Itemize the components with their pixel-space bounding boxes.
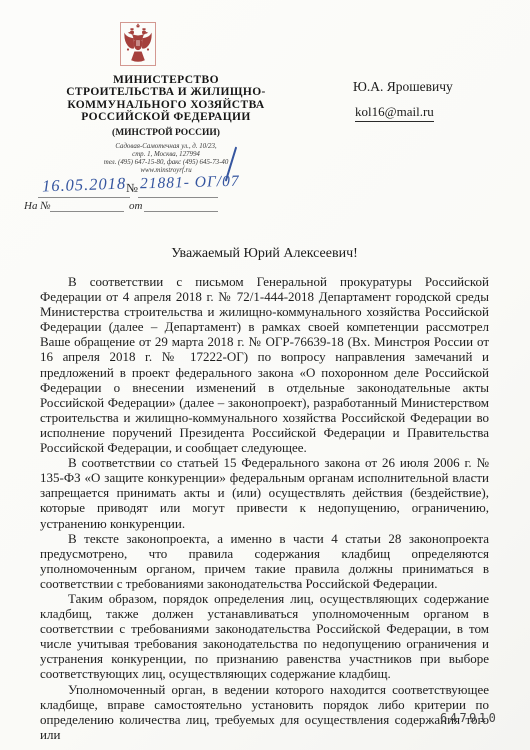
address-website: www.minstroyrf.ru [30,167,302,175]
reply-from-label: от [129,200,142,212]
ministry-name: МИНИСТЕРСТВО СТРОИТЕЛЬСТВА И ЖИЛИЩНО- КО… [30,74,302,123]
paragraph: В соответствии с письмом Генеральной про… [40,274,489,455]
handwritten-outgoing-number: 21881- ОГ/07 [140,173,240,194]
paragraph: В тексте законопроекта, а именно в части… [40,531,489,591]
paragraph: Уполномоченный орган, в ведении которого… [40,682,489,742]
ministry-short-name: (МИНСТРОЙ РОССИИ) [30,128,302,138]
address-phone: тел. (495) 647-15-80, факс (495) 645-73-… [30,159,302,167]
ministry-name-line: СТРОИТЕЛЬСТВА И ЖИЛИЩНО- [30,86,302,98]
ministry-name-line: РОССИЙСКОЙ ФЕДЕРАЦИИ [30,111,302,123]
paragraph: В соответствии со статьей 15 Федеральног… [40,455,489,530]
salutation: Уважаемый Юрий Алексеевич! [40,246,489,262]
number-sign: № [126,181,138,196]
coat-of-arms-icon [120,22,156,66]
reply-to-label: На № [24,200,51,212]
date-underline [38,197,130,198]
address-city: стр. 1, Москва, 127994 [30,151,302,159]
registration-code: 647910 [440,711,498,725]
reply-number-blank [50,211,124,212]
reply-date-blank [144,211,218,212]
ministry-address: Садовая-Самотечная ул., д. 10/23, стр. 1… [30,143,302,175]
address-street: Садовая-Самотечная ул., д. 10/23, [30,143,302,151]
ministry-name-line: МИНИСТЕРСТВО [30,74,302,86]
number-underline [138,197,218,198]
letter-body: В соответствии с письмом Генеральной про… [40,274,489,742]
handwritten-date: 16.05.2018 [42,174,127,197]
ministry-name-line: КОММУНАЛЬНОГО ХОЗЯЙСТВА [30,99,302,111]
recipient-email: kol16@mail.ru [355,104,434,122]
paragraph: Таким образом, порядок определения лиц, … [40,591,489,682]
recipient-name: Ю.А. Ярошевичу [353,79,453,95]
scanned-letter-page: МИНИСТЕРСТВО СТРОИТЕЛЬСТВА И ЖИЛИЩНО- КО… [0,0,530,750]
